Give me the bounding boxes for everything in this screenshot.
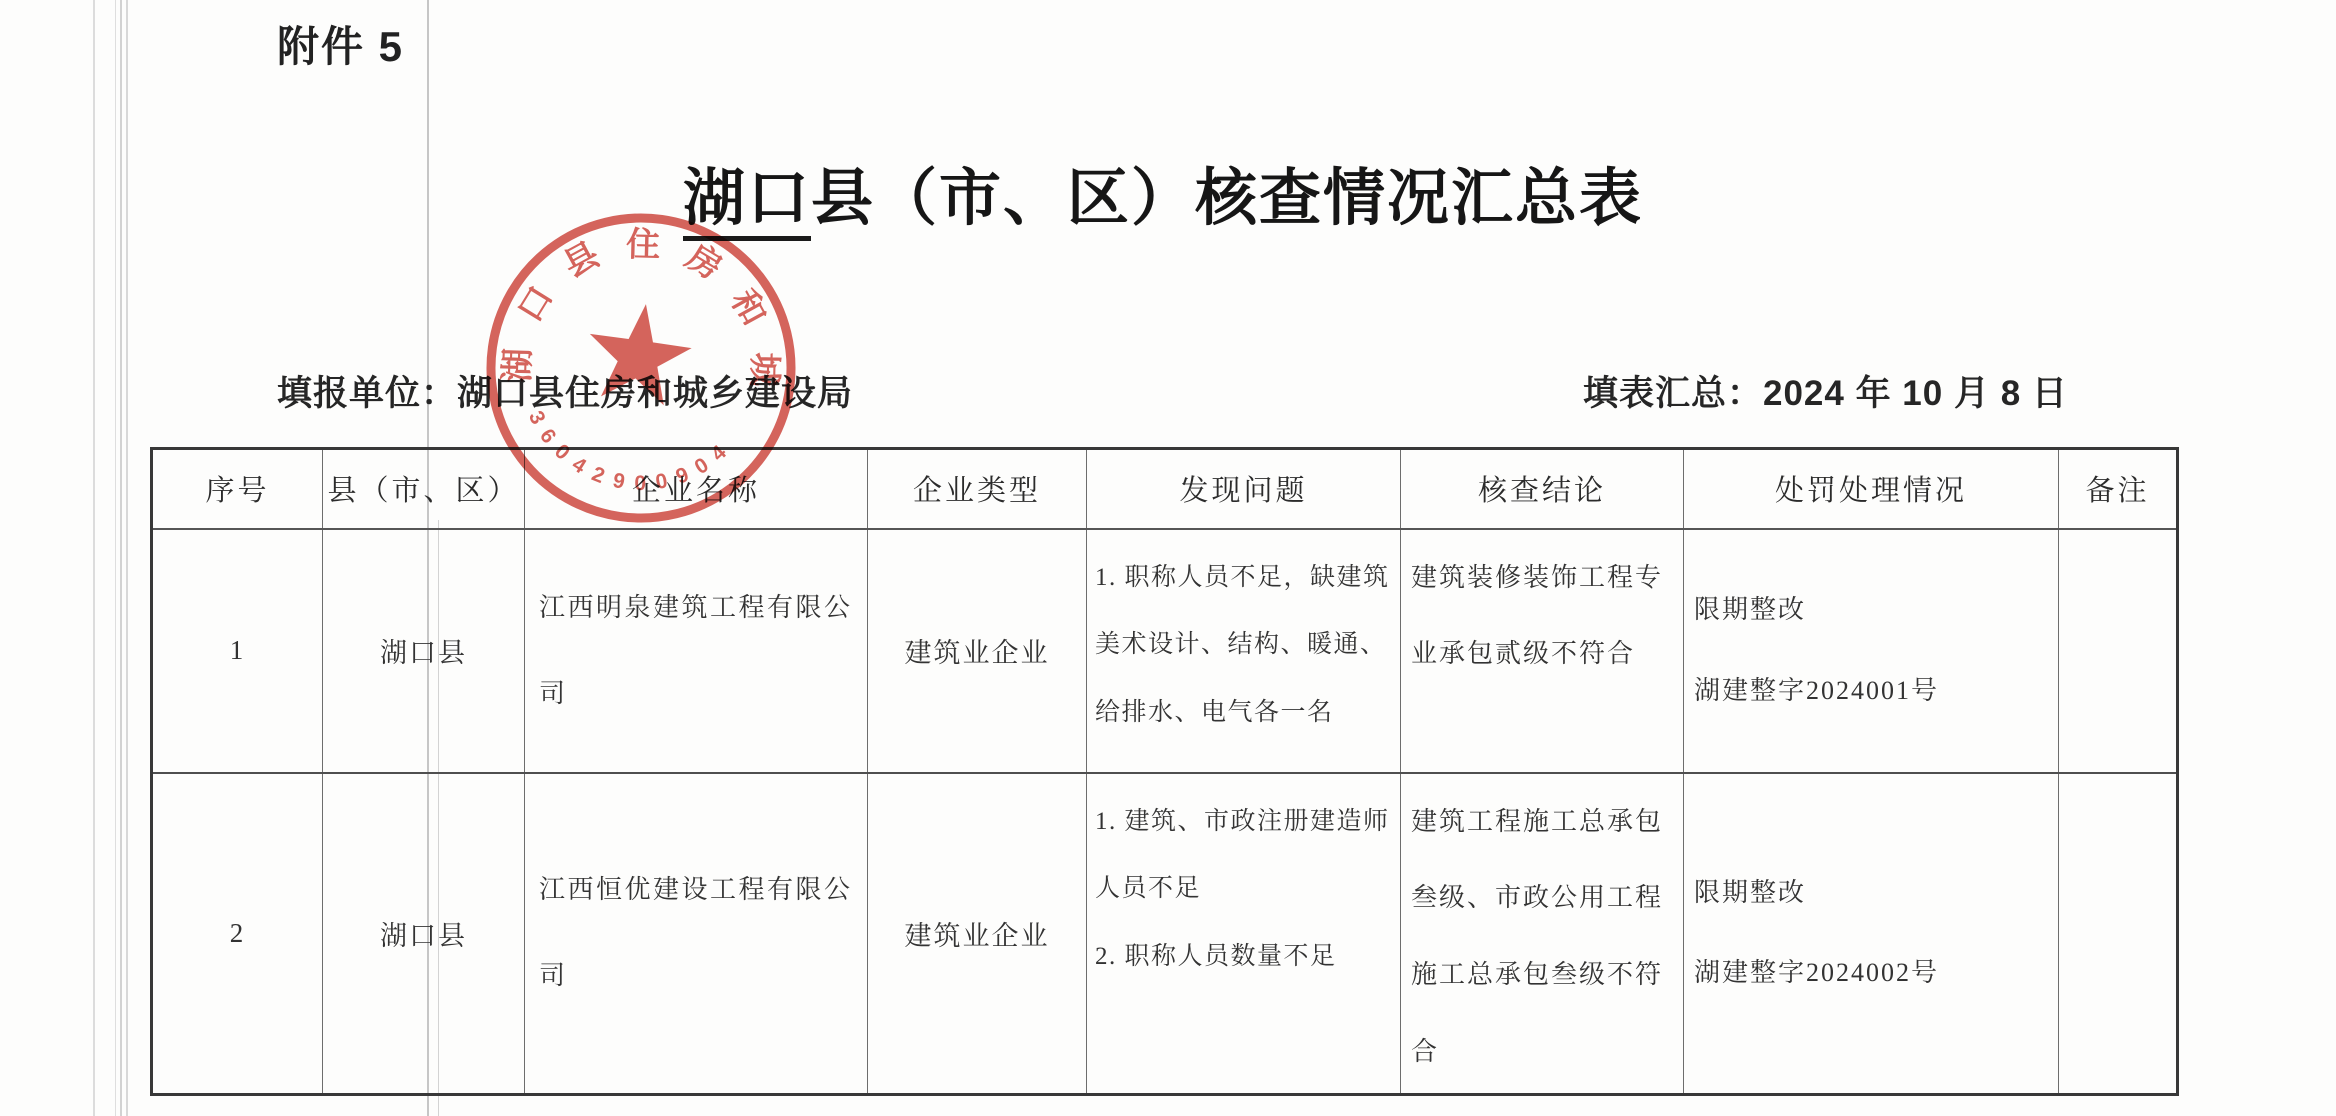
cell-seq: 1	[152, 529, 323, 773]
problem-item: 2. 职称人员数量不足	[1095, 923, 1392, 991]
scanned-document-page: 附件 5 湖口县（市、区）核查情况汇总表 填报单位：湖口县住房和城乡建设局 填表…	[0, 0, 2336, 1116]
cell-punishment: 限期整改 湖建整字2024001号	[1684, 529, 2059, 773]
punishment-line: 限期整改	[1694, 875, 2048, 911]
punishment-line: 限期整改	[1694, 592, 2048, 628]
cell-remark	[2059, 773, 2178, 1095]
header-problems: 发现问题	[1087, 449, 1401, 529]
header-company: 企业名称	[525, 449, 868, 529]
punishment-doc-number: 湖建整字2024002号	[1694, 955, 2048, 991]
cell-company: 江西明泉建筑工程有限公司	[525, 529, 868, 773]
table-row: 1 湖口县 江西明泉建筑工程有限公司 建筑业企业 1. 职称人员不足，缺建筑美术…	[152, 529, 2178, 773]
cell-seq: 2	[152, 773, 323, 1095]
scan-artifact-line	[126, 0, 128, 1116]
header-county: 县（市、区）	[323, 449, 525, 529]
scan-artifact-line	[120, 0, 122, 1116]
cell-punishment: 限期整改 湖建整字2024002号	[1684, 773, 2059, 1095]
cell-conclusion: 建筑装修装饰工程专业承包贰级不符合	[1401, 529, 1684, 773]
title-underlined-part: 湖口	[683, 165, 811, 241]
cell-county: 湖口县	[323, 529, 525, 773]
header-punishment: 处罚处理情况	[1684, 449, 2059, 529]
header-type: 企业类型	[868, 449, 1087, 529]
problem-item: 1. 职称人员不足，缺建筑美术设计、结构、暖通、给排水、电气各一名	[1095, 544, 1392, 747]
page-title: 湖口县（市、区）核查情况汇总表	[150, 148, 2176, 237]
table-row: 2 湖口县 江西恒优建设工程有限公司 建筑业企业 1. 建筑、市政注册建造师人员…	[152, 773, 2178, 1095]
header-remark: 备注	[2059, 449, 2178, 529]
cell-type: 建筑业企业	[868, 529, 1087, 773]
title-rest: 县（市、区）核查情况汇总表	[811, 165, 1643, 233]
problem-item: 1. 建筑、市政注册建造师人员不足	[1095, 788, 1392, 923]
header-conclusion: 核查结论	[1401, 449, 1684, 529]
scan-artifact-line	[93, 0, 95, 1116]
reporting-unit-line: 填报单位：湖口县住房和城乡建设局	[277, 366, 853, 416]
cell-county: 湖口县	[323, 773, 525, 1095]
cell-type: 建筑业企业	[868, 773, 1087, 1095]
inspection-summary-table: 序号 县（市、区） 企业名称 企业类型 发现问题 核查结论 处罚处理情况 备注 …	[150, 447, 2179, 1096]
table-header-row: 序号 县（市、区） 企业名称 企业类型 发现问题 核查结论 处罚处理情况 备注	[152, 449, 2178, 529]
cell-problems: 1. 建筑、市政注册建造师人员不足 2. 职称人员数量不足	[1087, 773, 1401, 1095]
cell-company: 江西恒优建设工程有限公司	[525, 773, 868, 1095]
summary-date-line: 填表汇总：2024 年 10 月 8 日	[1583, 366, 2068, 416]
header-seq: 序号	[152, 449, 323, 529]
punishment-doc-number: 湖建整字2024001号	[1694, 673, 2048, 709]
cell-conclusion: 建筑工程施工总承包叁级、市政公用工程施工总承包叁级不符合	[1401, 773, 1684, 1095]
scan-artifact-line	[115, 0, 116, 1116]
cell-problems: 1. 职称人员不足，缺建筑美术设计、结构、暖通、给排水、电气各一名	[1087, 529, 1401, 773]
attachment-label: 附件 5	[277, 14, 404, 74]
cell-remark	[2059, 529, 2178, 773]
